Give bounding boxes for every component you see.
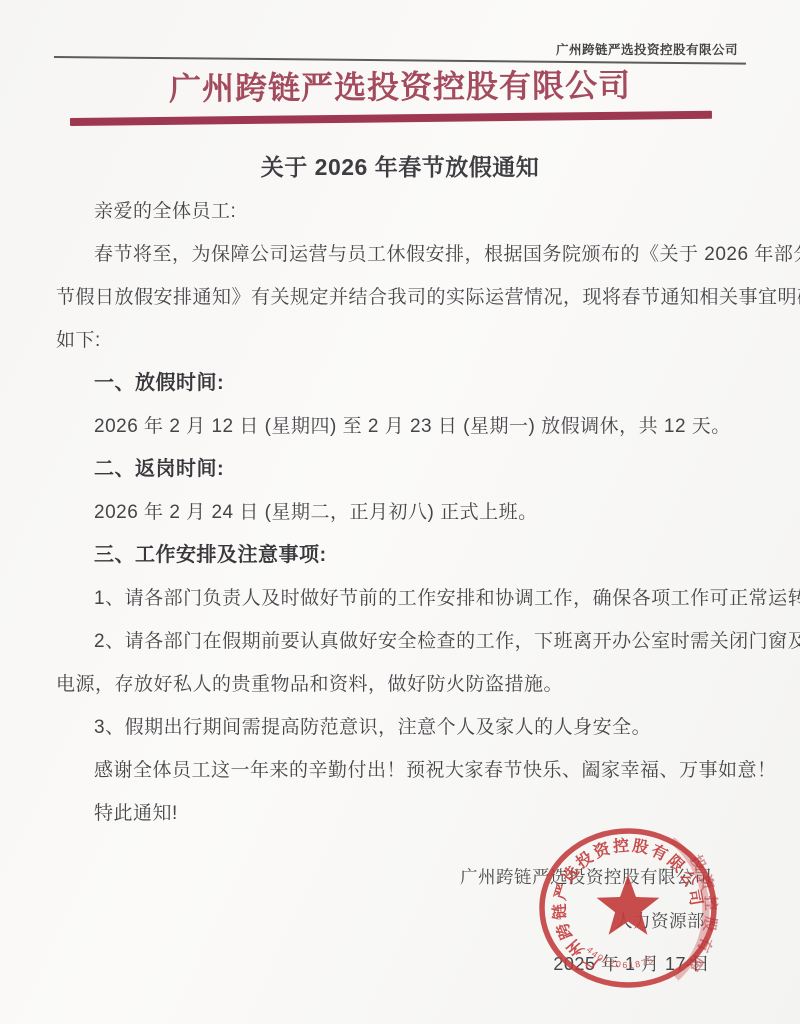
body-line: 感谢全体员工这一年来的辛勤付出！预祝大家春节快乐、阖家幸福、万事如意！ bbox=[56, 749, 722, 792]
body-line: 如下: bbox=[56, 319, 722, 362]
body-line: 3、假期出行期间需提高防范意识，注意个人及家人的人身安全。 bbox=[56, 706, 722, 749]
salutation: 亲爱的全体员工: bbox=[56, 190, 722, 233]
letterhead-divider-bar bbox=[70, 111, 712, 126]
body-line: 1、请各部门负责人及时做好节前的工作安排和协调工作，确保各项工作可正常运转。 bbox=[56, 577, 722, 620]
notice-title: 关于 2026 年春节放假通知 bbox=[0, 149, 800, 182]
section-heading-2: 二、返岗时间: bbox=[56, 448, 722, 491]
body-line: 电源，存放好私人的贵重物品和资料，做好防火防盗措施。 bbox=[56, 663, 722, 706]
body-line: 2026 年 2 月 24 日 (星期二，正月初八) 正式上班。 bbox=[56, 491, 722, 534]
corner-company-name: 广州跨链严选投资控股有限公司 bbox=[556, 40, 738, 58]
section-heading-1: 一、放假时间: bbox=[56, 362, 722, 405]
stamp-star-icon bbox=[597, 875, 660, 935]
body-line: 2、请各部门在假期前要认真做好安全检查的工作，下班离开办公室时需关闭门窗及 bbox=[56, 620, 722, 663]
company-seal-stamp-icon: 广州跨链严选投资控股有限公司 44012061875 投资控股有限 bbox=[536, 820, 720, 1000]
company-title: 广州跨链严选投资控股有限公司 bbox=[0, 59, 800, 111]
notice-body: 亲爱的全体员工: 春节将至，为保障公司运营与员工休假安排，根据国务院颁布的《关于… bbox=[56, 190, 722, 835]
section-heading-3: 三、工作安排及注意事项: bbox=[56, 534, 722, 577]
body-line: 节假日放假安排通知》有关规定并结合我司的实际运营情况，现将春节通知相关事宜明确 bbox=[56, 276, 722, 319]
scanned-notice-page: 广州跨链严选投资控股有限公司 广州跨链严选投资控股有限公司 关于 2026 年春… bbox=[0, 0, 800, 1024]
body-line: 2026 年 2 月 12 日 (星期四) 至 2 月 23 日 (星期一) 放… bbox=[56, 405, 722, 448]
body-line: 春节将至，为保障公司运营与员工休假安排，根据国务院颁布的《关于 2026 年部分 bbox=[56, 233, 722, 276]
